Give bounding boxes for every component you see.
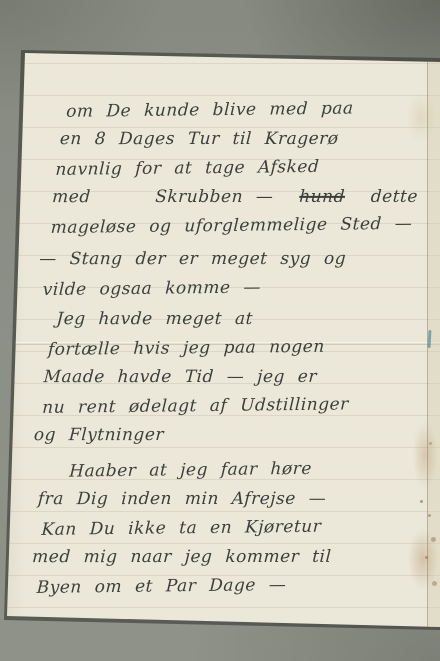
handwritten-segment: en 8 Dages Tur til Kragerø (59, 129, 339, 149)
handwritten-line: fortælle hvis jeg paa nogen (0, 332, 429, 366)
handwritten-segment: med Skrubben — (52, 187, 300, 207)
handwritten-line: — Stang der er meget syg og (3, 245, 433, 274)
handwritten-segment: Maade havde Tid — jeg er (43, 367, 317, 387)
handwritten-segment: Kan Du ikke ta en Kjøretur (41, 517, 322, 540)
handwritten-line: mageløse og uforglemmelige Sted — (5, 210, 434, 244)
handwritten-line: vilde ogsaa komme — (2, 272, 431, 306)
handwritten-segment: mageløse og uforglemmelige Sted — (50, 214, 412, 238)
handwritten-line: Jeg havde meget at (1, 305, 431, 334)
handwritten-segment: navnlig for at tage Afsked (55, 157, 320, 180)
handwritten-line: navnlig for at tage Afsked (8, 152, 437, 186)
handwritten-line: Haaber at jeg faar høre (0, 454, 423, 488)
handwritten-line: Maade havde Tid — jeg er (0, 363, 427, 392)
handwritten-line: med mig naar jeg kommer til (0, 543, 419, 572)
handwritten-segment: om De kunde blive med paa (66, 99, 354, 122)
handwritten-segment: dette (344, 187, 418, 207)
handwritten-line: om De kunde blive med paa (11, 94, 440, 128)
photo-background: om De kunde blive med paaen 8 Dages Tur … (0, 0, 440, 661)
handwritten-segment: med mig naar jeg kommer til (32, 547, 332, 567)
handwritten-line: en 8 Dages Tur til Kragerø (9, 125, 439, 154)
letter-page: om De kunde blive med paaen 8 Dages Tur … (0, 0, 440, 661)
handwritten-line: fra Dig inden min Afrejse — (0, 485, 422, 514)
struck-out-word: hund (299, 187, 346, 207)
handwritten-segment: og Flytninger (33, 425, 164, 445)
handwritten-segment: Haaber at jeg faar høre (69, 459, 312, 482)
handwritten-line: og Flytninger (0, 421, 425, 450)
handwritten-segment: fra Dig inden min Afrejse — (37, 489, 326, 509)
handwritten-segment: fortælle hvis jeg paa nogen (48, 337, 326, 360)
handwritten-segment: nu rent ødelagt af Udstillinger (42, 394, 349, 417)
handwritten-line: med Skrubben — hund dette (6, 183, 436, 212)
handwritten-segment: — Stang der er meget syg og (39, 249, 347, 269)
handwritten-line: nu rent ødelagt af Udstillinger (0, 390, 426, 424)
handwritten-segment: Byen om et Par Dage — (36, 575, 286, 598)
handwritten-segment: vilde ogsaa komme — (42, 278, 261, 300)
handwritten-line: Byen om et Par Dage — (0, 570, 417, 604)
handwriting-text: om De kunde blive med paaen 8 Dages Tur … (0, 95, 440, 602)
handwritten-line: Kan Du ikke ta en Kjøretur (0, 512, 420, 546)
handwritten-segment: Jeg havde meget at (56, 309, 254, 329)
